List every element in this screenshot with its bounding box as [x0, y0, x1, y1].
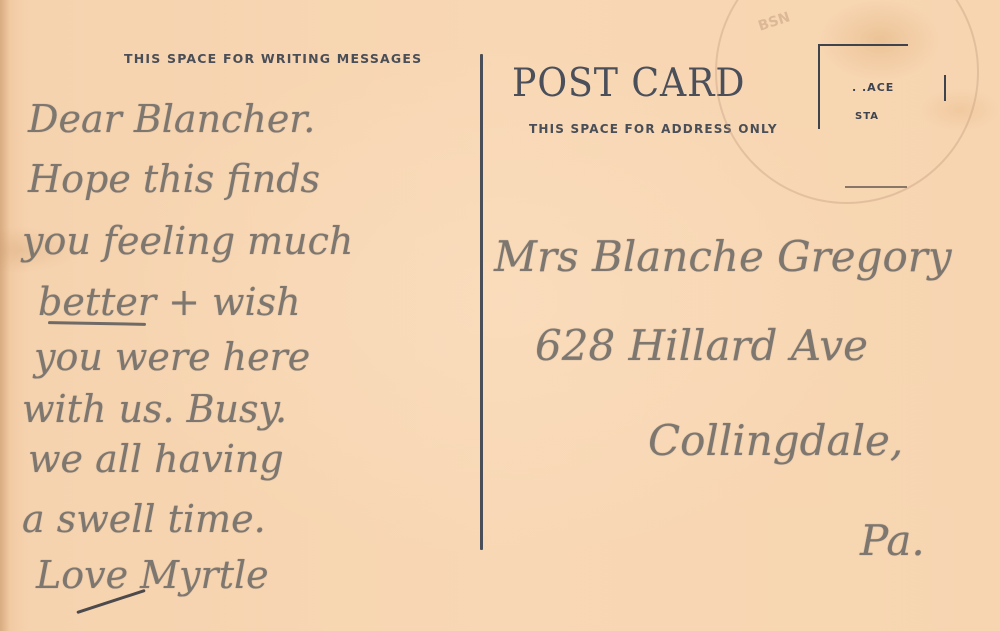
message-underline — [48, 321, 146, 326]
message-signature: Love Myrtle — [36, 556, 269, 594]
message-line: you feeling much — [22, 222, 353, 260]
stamp-box-text-stamp: STA — [855, 111, 879, 122]
message-line: better + wish — [38, 283, 301, 321]
stamp-box-text-place: . .ACE — [852, 81, 894, 94]
postcard-title: POST CARD — [512, 64, 745, 103]
message-line: a swell time. — [22, 500, 266, 538]
stamp-box-left-border — [818, 44, 820, 129]
message-line: we all having — [28, 440, 284, 478]
message-line: with us. Busy. — [22, 390, 287, 428]
center-divider-line — [480, 54, 483, 550]
address-recipient: Mrs Blanche Gregory — [494, 236, 952, 278]
message-section-label: THIS SPACE FOR WRITING MESSAGES — [124, 51, 422, 66]
postcard-back: THIS SPACE FOR WRITING MESSAGES POST CAR… — [0, 0, 1000, 631]
worn-edge — [0, 0, 10, 631]
message-line: Dear Blancher. — [28, 100, 315, 138]
stamp-box-top-border — [818, 44, 908, 46]
message-line: Hope this finds — [28, 160, 320, 198]
postmark-circle — [715, 0, 979, 204]
message-line: you were here — [34, 338, 310, 376]
address-state: Pa. — [860, 520, 925, 562]
stamp-box-right-mark — [944, 75, 946, 101]
address-city: Collingdale, — [648, 420, 903, 462]
stamp-box-bottom-mark — [845, 186, 907, 188]
address-street: 628 Hillard Ave — [535, 325, 868, 367]
